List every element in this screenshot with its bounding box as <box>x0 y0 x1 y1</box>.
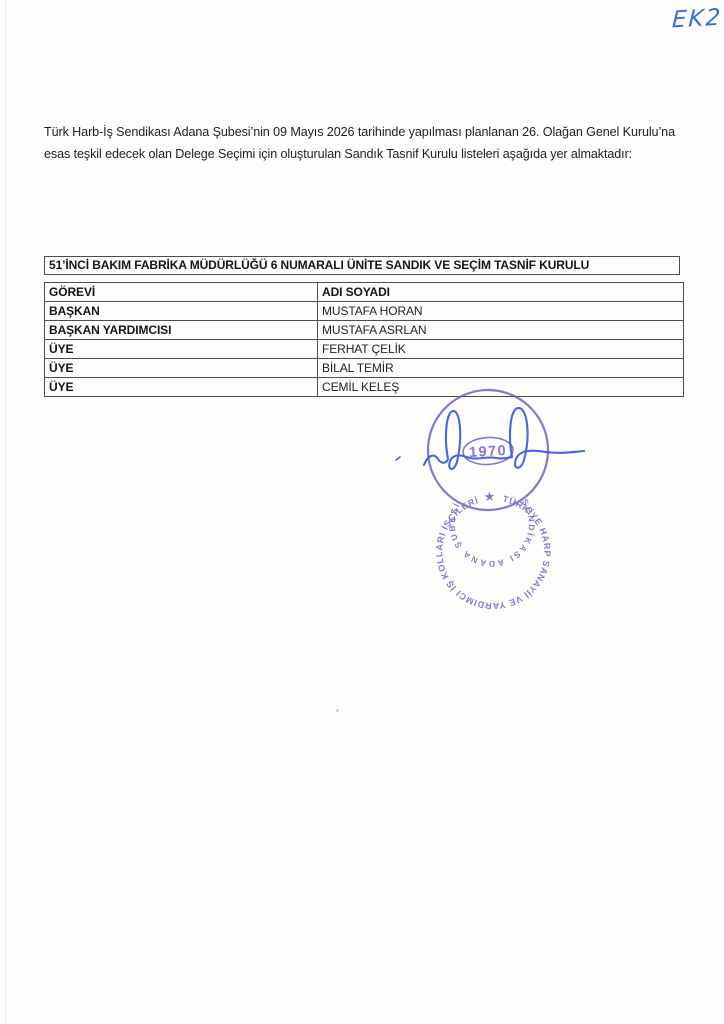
name-cell: CEMİL KELEŞ <box>318 378 684 397</box>
table-header-row: GÖREVİ ADI SOYADI <box>45 283 684 302</box>
signature <box>396 408 584 469</box>
handwritten-annotation-ek2: EK2 <box>671 5 723 34</box>
committee-table: GÖREVİ ADI SOYADI BAŞKAN MUSTAFA HORAN B… <box>44 282 684 397</box>
intro-paragraph: Türk Harb-İş Sendikası Adana Şubesi’nin … <box>44 121 704 165</box>
table-row: BAŞKAN YARDIMCISI MUSTAFA ASRLAN <box>45 321 684 340</box>
stamp-star-icon: ★ <box>483 489 495 505</box>
role-cell: ÜYE <box>45 378 318 397</box>
scan-artifact-edge-line <box>5 0 7 1024</box>
column-header-name: ADI SOYADI <box>318 283 684 302</box>
name-cell: FERHAT ÇELİK <box>318 340 684 359</box>
table-row: ÜYE BİLAL TEMİR <box>45 359 684 378</box>
table-row: ÜYE CEMİL KELEŞ <box>45 378 684 397</box>
stamp-outer-ring-text: TÜRKİYE HARP SANAYİİ VE YARDIMCI İŞ KOLL… <box>431 491 555 613</box>
name-cell: MUSTAFA HORAN <box>318 302 684 321</box>
role-cell: ÜYE <box>45 359 318 378</box>
signature-stroke <box>424 408 584 469</box>
intro-line-1: Türk Harb-İş Sendikası Adana Şubesi’nin … <box>44 121 704 143</box>
column-header-role: GÖREVİ <box>45 283 318 302</box>
name-cell: BİLAL TEMİR <box>318 359 684 378</box>
committee-table-title: 51’İNCİ BAKIM FABRİKA MÜDÜRLÜĞÜ 6 NUMARA… <box>44 256 680 275</box>
union-stamp-icon: TÜRKİYE HARP SANAYİİ VE YARDIMCI İŞ KOLL… <box>425 387 556 614</box>
role-cell: ÜYE <box>45 340 318 359</box>
signature-lead-tick <box>396 457 400 460</box>
stamp-center-oval <box>462 436 513 466</box>
intro-line-2: esas teşkil edecek olan Delege Seçimi iç… <box>44 143 704 165</box>
name-cell: MUSTAFA ASRLAN <box>318 321 684 340</box>
role-cell: BAŞKAN YARDIMCISI <box>45 321 318 340</box>
role-cell: BAŞKAN <box>45 302 318 321</box>
stamp-inner-ring-text: SENDİKASI ADANA ŞUBESİ <box>445 497 539 572</box>
scan-artifact-dot <box>336 709 339 712</box>
stamp-outer-circle <box>425 387 551 513</box>
table-row: ÜYE FERHAT ÇELİK <box>45 340 684 359</box>
stamp-year: 1970 <box>469 443 508 461</box>
scanned-document-page: EK2 Türk Harb-İş Sendikası Adana Şubesi’… <box>0 0 724 1024</box>
table-row: BAŞKAN MUSTAFA HORAN <box>45 302 684 321</box>
